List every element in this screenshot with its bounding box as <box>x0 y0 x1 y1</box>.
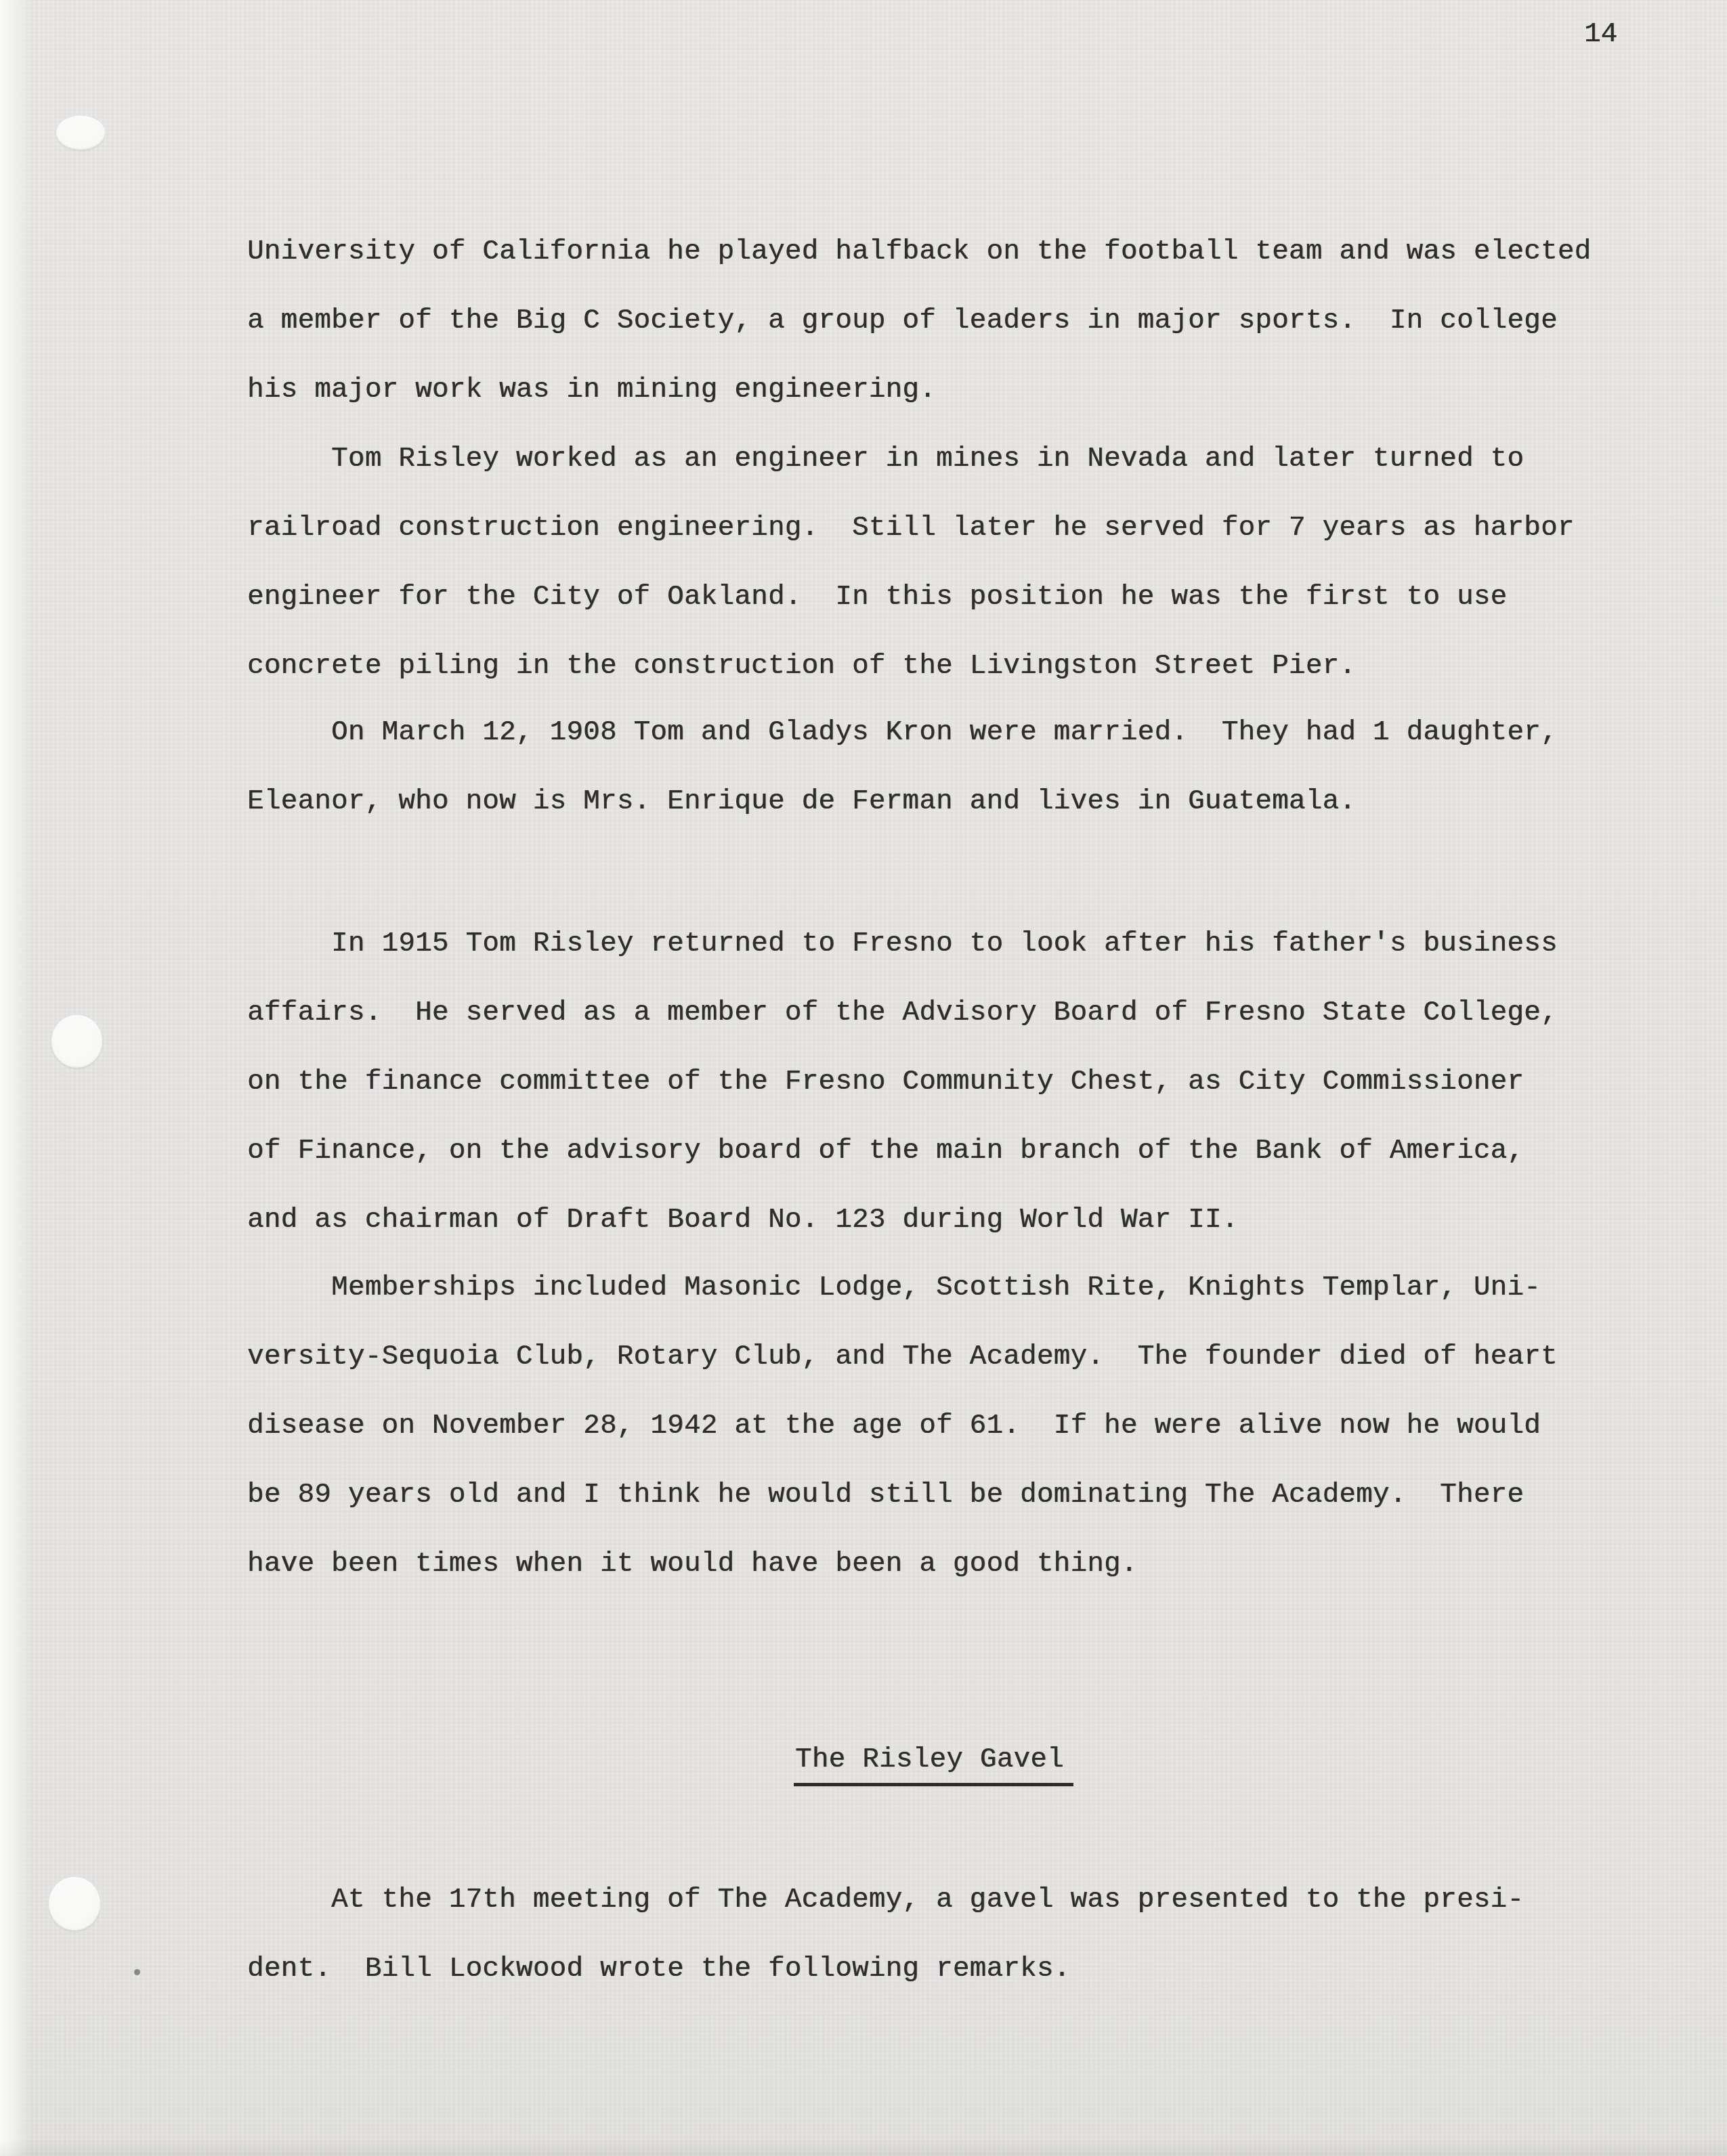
hole-punch-top <box>56 116 105 150</box>
paragraph-gavel-presented: At the 17th meeting of The Academy, a ga… <box>247 1866 1524 2004</box>
scanned-document-page: 14 University of California he played ha… <box>0 0 1727 2156</box>
page-number: 14 <box>1584 18 1617 51</box>
paragraph-marriage: On March 12, 1908 Tom and Gladys Kron we… <box>247 698 1558 836</box>
section-heading-risley-gavel: The Risley Gavel <box>794 1743 1073 1786</box>
paragraph-memberships: Memberships included Masonic Lodge, Scot… <box>247 1253 1558 1599</box>
scan-left-edge <box>0 0 30 2156</box>
dust-speck <box>134 1969 140 1975</box>
paragraph-fresno-return: In 1915 Tom Risley returned to Fresno to… <box>247 909 1558 1255</box>
scan-bottom-edge <box>0 2138 1727 2156</box>
hole-punch-bottom <box>49 1877 100 1931</box>
hole-punch-middle <box>51 1015 102 1068</box>
paragraph-engineer-career: Tom Risley worked as an engineer in mine… <box>247 425 1575 701</box>
paragraph-university-california: University of California he played halfb… <box>247 217 1591 425</box>
